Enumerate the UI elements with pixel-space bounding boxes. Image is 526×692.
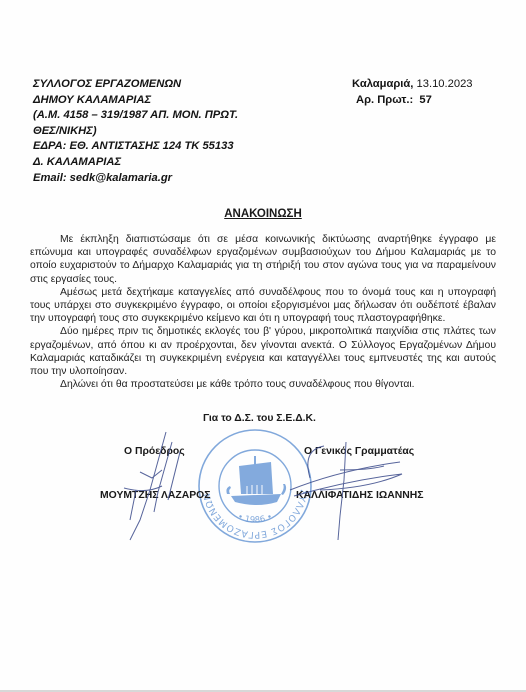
body-paragraph: Δύο ημέρες πριν τις δημοτικές εκλογές το…: [30, 325, 496, 378]
sender-block: ΣΥΛΛΟΓΟΣ ΕΡΓΑΖΟΜΕΝΩΝ ΔΗΜΟΥ ΚΑΛΑΜΑΡΙΑΣ (Α…: [33, 77, 238, 186]
title-text: ΑΝΑΚΟΙΝΩΣΗ: [224, 208, 302, 220]
signature-heading: Για το Δ.Σ. του Σ.Ε.Δ.Κ.: [203, 413, 316, 424]
body-paragraph: Δηλώνει ότι θα προστατεύσει με κάθε τρόπ…: [30, 378, 496, 391]
protocol-number: 57: [419, 94, 431, 106]
body-paragraph: Με έκπληξη διαπιστώσαμε ότι σε μέσα κοιν…: [30, 233, 496, 286]
date: 13.10.2023: [417, 78, 473, 90]
president-signature-icon: [110, 430, 190, 550]
sender-line: Δ. ΚΑΛΑΜΑΡΙΑΣ: [33, 155, 238, 171]
sender-line: (Α.Μ. 4158 – 319/1987 ΑΠ. ΜΟΝ. ΠΡΩΤ.: [33, 108, 238, 124]
secretary-signature-icon: [280, 440, 410, 540]
sender-email: Email: sedk@kalamaria.gr: [33, 171, 238, 187]
sender-line: ΕΔΡΑ: ΕΘ. ΑΝΤΙΣΤΑΣΗΣ 124 ΤΚ 55133: [33, 139, 238, 155]
body-paragraph: Αμέσως μετά δεχτήκαμε καταγγελίες από συ…: [30, 286, 496, 326]
place-date: Καλαμαριά, 13.10.2023: [352, 77, 473, 93]
sender-line: ΘΕΣ/ΝΙΚΗΣ): [33, 124, 238, 140]
document-body: Με έκπληξη διαπιστώσαμε ότι σε μέσα κοιν…: [30, 233, 496, 391]
protocol-number-row: Αρ. Πρωτ.: 57: [352, 93, 473, 109]
protocol-label: Αρ. Πρωτ.:: [356, 94, 413, 106]
document-title: ΑΝΑΚΟΙΝΩΣΗ: [0, 208, 526, 220]
sender-line: ΣΥΛΛΟΓΟΣ ΕΡΓΑΖΟΜΕΝΩΝ: [33, 77, 238, 93]
document-meta: Καλαμαριά, 13.10.2023 Αρ. Πρωτ.: 57: [352, 77, 473, 108]
svg-text:• 1986 •: • 1986 •: [236, 512, 274, 526]
sender-line: ΔΗΜΟΥ ΚΑΛΑΜΑΡΙΑΣ: [33, 93, 238, 109]
place: Καλαμαριά,: [352, 78, 413, 90]
document-page: ΣΥΛΛΟΓΟΣ ΕΡΓΑΖΟΜΕΝΩΝ ΔΗΜΟΥ ΚΑΛΑΜΑΡΙΑΣ (Α…: [0, 0, 526, 690]
